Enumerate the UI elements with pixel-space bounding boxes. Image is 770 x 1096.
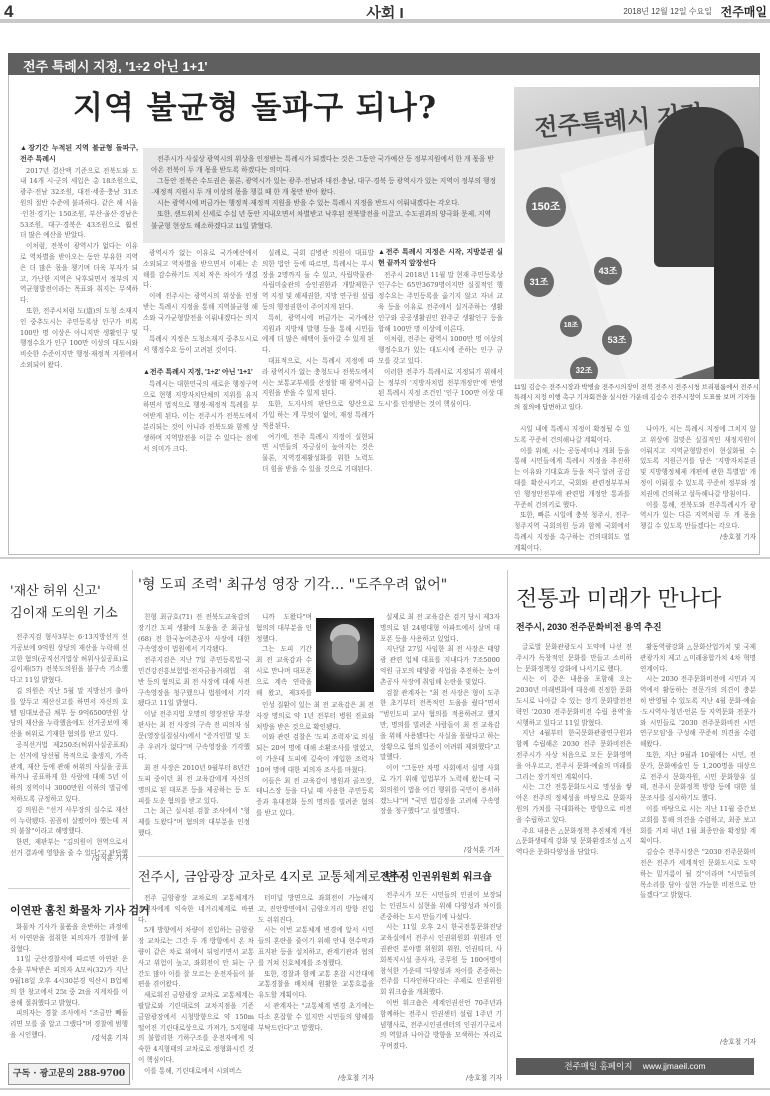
cargo-article-body: 화물차 기사가 물품을 운반하는 과정에서 아연판을 절취한 피의자가 경찰에 … xyxy=(10,922,128,1042)
paragraph: 특례시는 대한민국의 새로운 행정구역으로 현행 지방자치단체의 지위를 유지하… xyxy=(143,379,258,455)
paragraph: 최 전 사장은 2010년 9월부터 8년간 도피 중이던 최 전 교육감에게 … xyxy=(138,763,250,806)
paragraph: 이를 통해, 전북도와 전주특례시가 광역시가 있는 다른 지역처럼 두 개 몫… xyxy=(640,500,756,532)
section-divider xyxy=(0,557,770,559)
rights-headline: 전주시 인권위원회 워크숍 xyxy=(380,868,492,883)
lead-summary-box: 전주시가 사실상 광역시의 위상을 인정받는 특례시가 되겠다는 것은 그동안 … xyxy=(143,148,505,243)
paragraph: 검찰 관계자는 "최 전 사장은 형이 도주한 초기부터 전폭적인 도움을 줬다… xyxy=(380,688,500,764)
paragraph: 특히, 광역시에 버금가는 국가예산 지원과 지방채 발행 등을 통해 시민들에… xyxy=(262,313,374,356)
paragraph: 시는 2030 전주문화비전에 시민과 지역에서 활동하는 전문가의 의견이 충… xyxy=(640,674,756,750)
lead-continued-col-2: 나아가, 시는 특례시 지정에 그치지 않고 위상에 걸맞은 실질적인 재정지원… xyxy=(640,424,756,543)
escape-col-2: 인성 질환이 있는 최 전 교육감은 최 전 사장 명의로 약 1년 전부터 병… xyxy=(256,700,374,850)
paragraph: 나아가, 시는 특례시 지정에 그치지 않고 위상에 걸맞은 실질적인 재정지원… xyxy=(640,424,756,500)
paragraph: 대표적으로, 시는 특례시 지정에 따라 광역시가 없는 충청도나 전북도에서 … xyxy=(262,356,374,399)
paragraph: 11일 군산경찰서에 따르면 아연판 운송을 부탁받은 피의자 A모씨(32)가… xyxy=(10,954,128,1008)
lead-column-c: ▲전주 특례시 지정은 시작, 지방분권 실현 끝까지 앞장선다 전주시 201… xyxy=(378,248,503,410)
paragraph: 이어 "그동안 차명 사회에서 실명 사회로 가기 위해 입법부가 노력해 왔는… xyxy=(380,763,500,817)
paragraph: 이처럼, 전북이 광역시가 없다는 이유로 역차별을 받아오는 동안 부유한 지… xyxy=(20,241,138,306)
column-divider xyxy=(507,570,508,1080)
paragraph: 시는 그간 전통문화도시로 명성을 쌓아온 전주의 정체성을 바탕으로 문화자원… xyxy=(516,782,632,825)
paragraph: 그는 도피 기간 최 전 교육감과 수시로 만나며 대포폰으로 계속 연락을 해… xyxy=(256,644,312,696)
paragraph: 김 의원은 "선거 사무장의 실수로 재산이 누락됐다. 꼼꼼히 살폈어야 했는… xyxy=(10,805,128,837)
paragraph: 이를 위해, 시는 공동세미나 개최 등을 통해 시민들에게 특례시 지정을 추… xyxy=(514,446,630,511)
paragraph: 글로벌 문화관광도시 도약에 나선 전주시가 독창적인 문화를 만들고 소비하는… xyxy=(516,642,632,674)
paragraph: 활동역량강화 △문화산업가치 및 국제관광가치 제고 △미래융합가치 4차 혁명… xyxy=(640,642,756,674)
culture-subhead: 전주시, 2030 전주문화비전 용역 추진 xyxy=(516,620,662,633)
lead-sidebar-subhead: ▲장기간 누적된 지역 불균형 돌파구, 전주 특례시 xyxy=(20,144,138,166)
budget-bubble: 150조 xyxy=(526,187,566,227)
paragraph: 이처럼, 전주는 광역시 1000만 명 이상의 행정수요가 있는 대도시에 준… xyxy=(378,334,503,366)
budget-bubble: 32조 xyxy=(570,357,598,379)
budget-bubble: 53조 xyxy=(602,325,632,355)
paragraph: 화물차 기사가 물품을 운반하는 과정에서 아연판을 절취한 피의자가 경찰에 … xyxy=(10,922,128,954)
escape-col-3: 실제로 최 전 교육감은 검거 당시 제3자 명의로 된 24평대형 아파트에서… xyxy=(380,612,500,844)
paragraph: 전주 금암광장 교차로의 교통체계가 운전자에게 익숙한 네거리체계로 바뀐다. xyxy=(138,893,254,925)
paragraph: 전주시 2018년 11월 말 현재 주민등록상 인구수는 65만3679명이지… xyxy=(378,270,503,335)
paragraph: 시는 이 같은 내용을 포함해 오는 2030년 미래변화에 대응해 진정한 문… xyxy=(516,674,632,728)
article-divider xyxy=(138,856,504,857)
paragraph: 김승수 전주시장은 "2030 전주문화비전은 전주가 세계적인 문화도시로 도… xyxy=(640,847,756,901)
paragraph: 시는 이번 교통체계 변경에 앞서 시민들의 혼란을 줄이기 위해 안내 현수막… xyxy=(258,925,374,968)
paper-name: 전주매일 xyxy=(721,3,767,20)
rights-article-body: 전주시가 모든 시민들의 인권이 보장되는 인권도시 실현을 위해 다양성과 차… xyxy=(380,890,502,1066)
paragraph: 5개 방향에서 차량이 진입하는 금암광장 교차로는 그간 두 개 방향에서 온… xyxy=(138,925,254,990)
paragraph: 시일 내에 특례시 지정이 확정될 수 있도록 꾸준히 건의해나갈 계획이다. xyxy=(514,424,630,446)
paragraph: 이와 관련 검찰은 '도피 조력자'로 의심되는 20여 명에 대해 소환조사를… xyxy=(256,732,374,775)
paragraph: 또한, 샌드위치 신세로 수십 년 동안 지내오면서 차별받고 낙후된 전북발전… xyxy=(151,209,497,231)
subscription-contact: 구독 · 광고문의 288-9700 xyxy=(8,1063,130,1085)
paragraph: 전주지검은 지난 7일 주민등록법·국민건강진흥보험법·전자금융거래법 위반 등… xyxy=(138,655,250,709)
culture-headline: 전통과 미래가 만나다 xyxy=(516,582,721,613)
paragraph: 실제로 최 전 교육감은 검거 당시 제3자 명의로 된 24평대형 아파트에서… xyxy=(380,612,500,644)
paragraph: 시는 광역시에 버금가는 행정적·재정적 지원을 받을 수 있는 특례시 지정을… xyxy=(151,198,497,209)
column-divider xyxy=(132,570,133,1080)
paragraph: 또한, 전주시처럼 도(道)의 도청 소재지인 중추도시는 주민등록상 인구가 … xyxy=(20,306,138,371)
masthead: 4 사회 I 2018년 12월 12일 수요일 전주매일 xyxy=(0,0,770,22)
asset-headline-1: '재산 허위 신고' xyxy=(10,580,101,599)
lead-column-b: 실례로, 국회 김병관 의원이 대표발의한 법안 등에 따르면, 특례시는 부시… xyxy=(262,248,374,475)
asset-article-body: 전주지검 형사3부는 6·13지방선거 선거공보에 9억원 상당의 재산을 누락… xyxy=(10,632,128,857)
culture-col-2: 활동역량강화 △문화산업가치 및 국제관광가치 제고 △미래융합가치 4차 혁명… xyxy=(640,642,756,1032)
lead-column-subhead: ▲전주 특례시 지정, '1÷2' 아닌 '1+1' xyxy=(143,368,258,379)
paragraph: 인성 질환이 있는 최 전 교육감은 최 전 사장 명의로 약 1년 전부터 병… xyxy=(256,700,374,732)
escape-headline: '형 도피 조력' 최규성 영장 기각… "도주우려 없어" xyxy=(138,574,447,594)
paragraph: 주요 내용은 △문화정책 추진체계 개선 △문화생태계 강화 및 문화환경조성 … xyxy=(516,826,632,858)
homepage-banner[interactable]: 전주매일 홈페이지 www.jjmaeil.com xyxy=(516,1058,754,1075)
paragraph: 지난 4월부터 한국문화관광연구원과 함께 수립해온 2030 전주 문화비전은… xyxy=(516,728,632,782)
homepage-url[interactable]: www.jjmaeil.com xyxy=(643,1061,706,1071)
budget-bubble: 18조 xyxy=(560,315,582,337)
paragraph: 공직선거법 제250조(허위사실공표죄)는 선거에 당선될 목적으로 출생지, … xyxy=(10,740,128,805)
photo-caption: 11일 김승수 전주시장과 박병술 전주시의장이 전북 전주시 전주시청 브리핑… xyxy=(514,383,759,413)
paragraph: 2017년 결산액 기준으로 전북도와 도내 14개 시·군의 세입은 총 18… xyxy=(20,166,138,242)
homepage-label: 전주매일 홈페이지 xyxy=(564,1061,632,1071)
escape-col-2-wrap: 니까 도왔다"며 혐의의 대부분을 인정했다. 그는 도피 기간 최 전 교육감… xyxy=(256,612,312,696)
byline: /강석훈 기자 xyxy=(10,1032,128,1042)
paragraph: 이를 통해, 기린대로에서 시외버스 xyxy=(138,1066,254,1077)
culture-col-1: 글로벌 문화관광도시 도약에 나선 전주시가 독창적인 문화를 만들고 소비하는… xyxy=(516,642,632,1042)
official-figure xyxy=(714,147,759,379)
byline: /강석훈 기자 xyxy=(380,844,500,854)
paragraph: 특례시 지정은 도청소재지 중추도시로서 행정수요 등이 고려된 것이다. xyxy=(143,334,258,356)
paragraph: 친형 최규호(71) 전 전북도교육감의 장기간 도피 생활에 도움을 준 최규… xyxy=(138,612,250,655)
byline: /송호철 기자 xyxy=(380,1072,502,1082)
paragraph: 이를 바탕으로 시는 지난 11월 중간보고회를 통해 의견을 수렴하고, 최종… xyxy=(640,804,756,847)
paragraph: 이번 워크숍은 세계인권선언 70주년과 함께하는 전주시 인권센터 설립 1주… xyxy=(380,998,502,1052)
lead-continued-col-1: 시일 내에 특례시 지정이 확정될 수 있도록 꾸준히 건의해나갈 계획이다. … xyxy=(514,424,630,554)
article-divider xyxy=(8,888,130,889)
asset-headline-2: 김이재 도의원 기소 xyxy=(10,602,118,621)
paragraph: 지난달 27일 사임한 최 전 사장은 태양광 관련 업체 대표를 지내다가 7… xyxy=(380,644,500,687)
traffic-col-1: 전주 금암광장 교차로의 교통체계가 운전자에게 익숙한 네거리체계로 바뀐다.… xyxy=(138,893,254,1081)
paragraph: 이들은 최 전 교육감이 병원과 골프장, 테니스장 등을 다닐 때 사용한 주… xyxy=(256,776,374,819)
paragraph: 또한, 도지사의 판단으로 양산으로 가입 하는 게 무엇이 없어, 재정 특례… xyxy=(262,399,374,431)
paragraph: 김 의원은 지난 5월 말 지방선거 출마를 앞두고 재산신고를 하면서 자신의… xyxy=(10,686,128,740)
paragraph: 또한, 경찰과 함께 교통 혼잡 시간대에 교통경찰을 배치해 원활한 교통흐름… xyxy=(258,969,374,1001)
paragraph: 시는 11일 오후 2시 한국전통문화전당 교육실에서 전주시 인권위원회 위원… xyxy=(380,922,502,998)
portrait-face xyxy=(332,635,358,665)
lead-sidebar: ▲장기간 누적된 지역 불균형 돌파구, 전주 특례시 2017년 결산액 기준… xyxy=(20,144,138,371)
paragraph: 그동안 전북은 수도권은 물론, 광역시가 있는 광주·전남과 대전·충남, 대… xyxy=(151,176,497,198)
press-conference-photo: 전주특례시 지정 150조 53조 43조 31조 18조 32조 xyxy=(514,87,759,379)
paragraph: 광역시가 없는 이유로 국가예산에서 소외되고 역차별을 받으면서 이제는 손해… xyxy=(143,248,258,291)
byline: /강석훈 기자 xyxy=(10,852,128,862)
paragraph: 니까 도왔다"며 혐의의 대부분을 인정했다. xyxy=(256,612,312,644)
paragraph: 여기에, 전주 특례시 지정이 실현되면 시민들의 자긍심이 높아지는 것은 물… xyxy=(262,432,374,475)
budget-bubble: 43조 xyxy=(594,257,622,285)
paragraph: 또한, 빠른 시일에 충북 청주시, 전주·청주지역 국회의원 등과 함께 국회… xyxy=(514,510,630,553)
byline: /송호철 기자 xyxy=(640,1036,756,1046)
paragraph: 실례로, 국회 김병관 의원이 대표발의한 법안 등에 따르면, 특례시는 부시… xyxy=(262,248,374,313)
portrait-photo xyxy=(316,618,374,692)
lead-column-subhead: ▲전주 특례시 지정은 시작, 지방분권 실현 끝까지 앞장선다 xyxy=(378,248,503,270)
byline: /송호철 기자 xyxy=(640,532,756,543)
paragraph: 전주시가 사실상 광역시의 위상을 인정받는 특례시가 되겠다는 것은 그동안 … xyxy=(151,154,497,176)
paragraph: 터미널 방면으로 좌회전이 가능해지고, 진안방면에서 금암오거리 방향 진입도… xyxy=(258,893,374,925)
budget-bubble: 31조 xyxy=(524,267,554,297)
traffic-headline: 전주시, 금암광장 교차로 4지로 교통체계로 변경 xyxy=(138,866,410,885)
cargo-headline: 이연판 훔친 화물차 기사 검거 xyxy=(10,902,150,918)
paragraph: 전주시가 모든 시민들의 인권이 보장되는 인권도시 실현을 위해 다양성과 차… xyxy=(380,890,502,922)
paragraph: 이에 전주시는 광역시의 위상을 인정받는 특례시 지정을 통해 지역불균형 해… xyxy=(143,291,258,334)
paragraph: 또한, 지난 9월과 10월에는 시민, 전문가, 문화예술인 등 1,200명… xyxy=(640,750,756,804)
traffic-col-2: 터미널 방면으로 좌회전이 가능해지고, 진안방면에서 금암오거리 방향 진입도… xyxy=(258,893,374,1073)
paragraph: 이날 전주지법 오명의 영장전담 부장판사는 최 전 사장의 구속 전 피의자 … xyxy=(138,709,250,763)
paragraph: 새로워진 금암광장 교차로 교통체계는 팔달로와 기린대로의 교차지점을 기준 … xyxy=(138,990,254,1066)
lead-headline: 지역 불균형 돌파구 되나? xyxy=(0,82,510,127)
masthead-rule xyxy=(0,19,770,23)
paragraph: 이러한 전주가 특례시로 지정되기 위해서는 정부의 '지방자치법 전부개정안'… xyxy=(378,367,503,410)
lead-banner: 전주 특례시 지정, '1÷2 아닌 1+1' xyxy=(8,53,760,75)
paragraph: 시 관계자는 "교통체계 변경 초기에는 다소 혼잡할 수 있지만 시민들의 양… xyxy=(258,1001,374,1033)
paragraph: 전주지검 형사3부는 6·13지방선거 선거공보에 9억원 상당의 재산을 누락… xyxy=(10,632,128,686)
lead-column-a: 광역시가 없는 이유로 국가예산에서 소외되고 역차별을 받으면서 이제는 손해… xyxy=(143,248,258,454)
byline: /송호철 기자 xyxy=(258,1072,374,1082)
issue-date: 2018년 12월 12일 수요일 xyxy=(623,6,712,17)
paragraph: 그는 최근 실시된 검찰 조사에서 "형제를 도왔다"며 혐의의 대부분을 인정… xyxy=(138,806,250,838)
escape-col-1: 친형 최규호(71) 전 전북도교육감의 장기간 도피 생활에 도움을 준 최규… xyxy=(138,612,250,850)
bottom-rule xyxy=(0,1088,770,1090)
